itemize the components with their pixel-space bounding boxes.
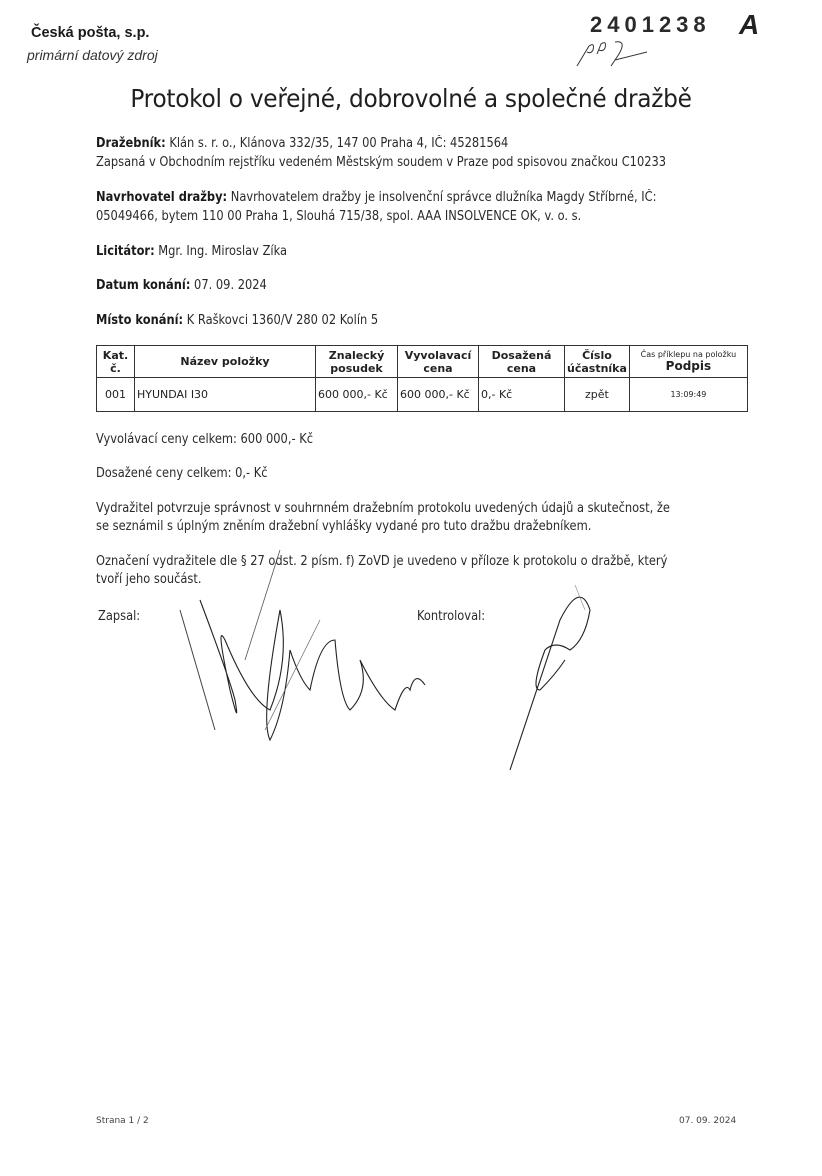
header-kat: Kat. č.: [97, 346, 135, 378]
proposer-line: Navrhovatel dražby: Navrhovatelem dražby…: [96, 190, 657, 205]
header-expert-2: posudek: [330, 362, 382, 375]
cell-participant: zpět: [565, 378, 630, 412]
document-number: 2401238: [590, 12, 711, 38]
proposer-value-2: 05049466, bytem 110 00 Praha 1, Slouhá 7…: [96, 209, 581, 224]
licitator-label: Licitátor:: [96, 244, 155, 259]
organization-name: Česká pošta, s.p.: [31, 25, 149, 41]
document-title: Protokol o veřejné, dobrovolné a společn…: [29, 84, 793, 113]
page-indicator: Strana 1 / 2: [96, 1116, 149, 1126]
header-participant-1: Číslo: [582, 349, 612, 362]
cell-expert: 600 000,- Kč: [316, 378, 398, 412]
header-expert-1: Znalecký: [329, 349, 384, 362]
proposer-label: Navrhovatel dražby:: [96, 190, 227, 205]
licitator-value: Mgr. Ing. Miroslav Zíka: [158, 244, 287, 259]
auctioneer-value: Klán s. r. o., Klánova 332/35, 147 00 Pr…: [169, 136, 508, 151]
cell-time: 13:09:49: [629, 378, 747, 412]
auctioneer-line: Dražebník: Klán s. r. o., Klánova 332/35…: [96, 136, 508, 151]
header-expert: Znalecký posudek: [316, 346, 398, 378]
place-value: K Raškovci 1360/V 280 02 Kolín 5: [187, 313, 378, 328]
header-signature-label: Podpis: [666, 359, 711, 373]
header-name: Název položky: [135, 346, 316, 378]
items-table: Kat. č. Název položky Znalecký posudek V…: [96, 345, 748, 412]
cell-kat: 001: [97, 378, 135, 412]
total-starting: Vyvolávací ceny celkem: 600 000,- Kč: [96, 432, 313, 447]
licitator-line: Licitátor: Mgr. Ing. Miroslav Zíka: [96, 244, 287, 259]
auctioneer-label: Dražebník:: [96, 136, 166, 151]
header-signature: Čas příklepu na položku Podpis: [629, 346, 747, 378]
table-header-row: Kat. č. Název položky Znalecký posudek V…: [97, 346, 748, 378]
cell-achieved: 0,- Kč: [479, 378, 565, 412]
proposer-value-1: Navrhovatelem dražby je insolvenční sprá…: [231, 190, 657, 205]
header-achieved-1: Dosažená: [492, 349, 552, 362]
checked-by-signature-icon: [500, 580, 600, 780]
table-row: 001 HYUNDAI I30 600 000,- Kč 600 000,- K…: [97, 378, 748, 412]
document-suffix: A: [739, 9, 759, 41]
statement-line-2: se seznámil s úplným zněním dražební vyh…: [96, 519, 591, 534]
recorded-by-signature-icon: [170, 540, 430, 760]
place-line: Místo konání: K Raškovci 1360/V 280 02 K…: [96, 313, 378, 328]
header-achieved-2: cena: [507, 362, 536, 375]
total-achieved: Dosažené ceny celkem: 0,- Kč: [96, 466, 268, 481]
header-participant: Číslo účastníka: [565, 346, 630, 378]
footer-date: 07. 09. 2024: [679, 1116, 736, 1126]
statement-line-1: Vydražitel potvrzuje správnost v souhrnn…: [96, 501, 670, 516]
header-starting-2: cena: [423, 362, 452, 375]
header-starting-1: Vyvolavací: [405, 349, 472, 362]
header-participant-2: účastníka: [567, 362, 627, 375]
handwritten-initials-icon: [575, 38, 655, 68]
header-starting: Vyvolavací cena: [398, 346, 479, 378]
cell-starting: 600 000,- Kč: [398, 378, 479, 412]
auctioneer-registry: Zapsaná v Obchodním rejstříku vedeném Mě…: [96, 155, 666, 170]
source-subtitle: primární datový zdroj: [27, 47, 158, 63]
date-label: Datum konání:: [96, 278, 190, 293]
recorded-by-label: Zapsal:: [98, 609, 140, 624]
header-achieved: Dosažená cena: [479, 346, 565, 378]
cell-name: HYUNDAI I30: [135, 378, 316, 412]
date-value: 07. 09. 2024: [194, 278, 267, 293]
place-label: Místo konání:: [96, 313, 183, 328]
date-line: Datum konání: 07. 09. 2024: [96, 278, 267, 293]
